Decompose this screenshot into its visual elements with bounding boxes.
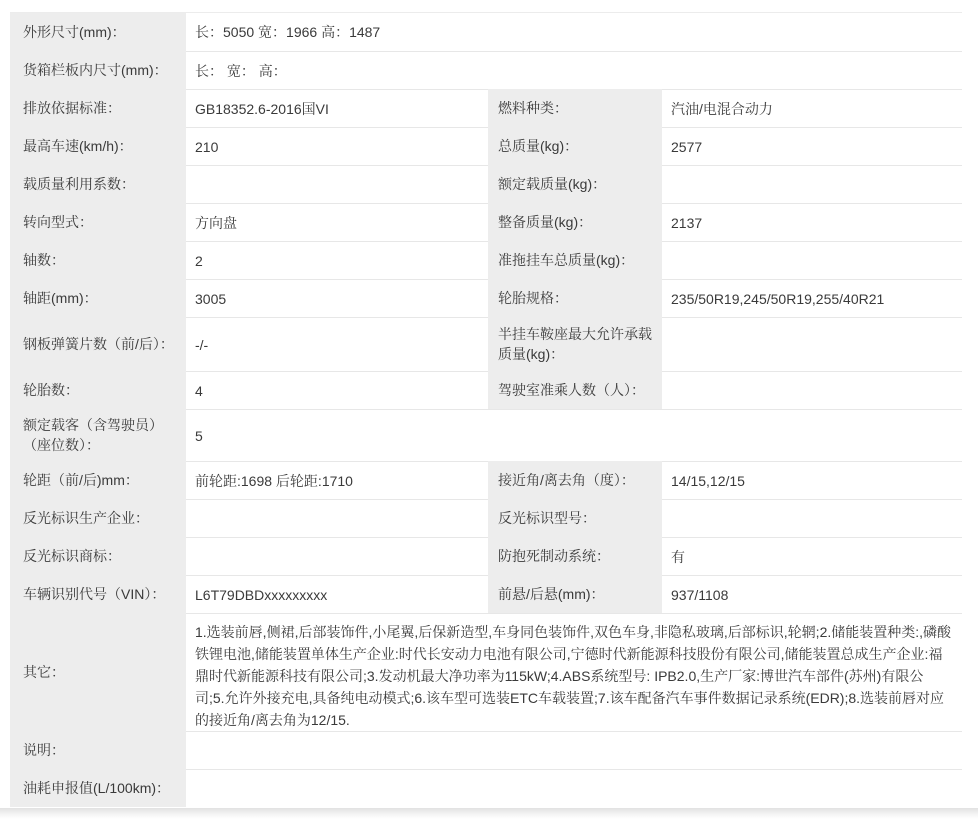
spec-label: 反光标识商标： [10, 537, 186, 575]
spec-label: 防抱死制动系统： [488, 537, 662, 575]
spec-label: 轴距(mm)： [10, 279, 186, 317]
spec-value [186, 165, 488, 203]
bottom-shadow [0, 808, 978, 819]
spec-label: 最高车速(km/h)： [10, 127, 186, 165]
spec-label: 整备质量(kg)： [488, 203, 662, 241]
spec-value: 1.选装前唇,侧裙,后部装饰件,小尾翼,后保新造型,车身同色装饰件,双色车身,非… [186, 613, 962, 731]
spec-row-load-factor: 载质量利用系数： 额定载质量(kg)： [10, 165, 961, 203]
spec-row-vin-overhang: 车辆识别代号（VIN）： L6T79DBDxxxxxxxxx 前悬/后悬(mm)… [10, 575, 961, 613]
spec-label: 轴数： [10, 241, 186, 279]
spec-row-emission-fuel: 排放依据标准： GB18352.6-2016国VI 燃料种类： 汽油/电混合动力 [10, 89, 961, 127]
spec-row-other: 其它： 1.选装前唇,侧裙,后部装饰件,小尾翼,后保新造型,车身同色装饰件,双色… [10, 613, 961, 731]
spec-value: 长： 宽： 高： [186, 51, 962, 89]
spec-row-dimensions: 外形尺寸(mm)： 长：5050 宽：1966 高：1487 [10, 13, 961, 51]
spec-value: GB18352.6-2016国VI [186, 89, 488, 127]
spec-label: 载质量利用系数： [10, 165, 186, 203]
spec-value: L6T79DBDxxxxxxxxx [186, 575, 488, 613]
spec-value [186, 769, 962, 807]
spec-row-seating: 额定载客（含驾驶员）（座位数）： 5 [10, 409, 961, 461]
spec-label: 燃料种类： [488, 89, 662, 127]
spec-label: 车辆识别代号（VIN）： [10, 575, 186, 613]
spec-value: 2 [186, 241, 488, 279]
spec-label: 其它： [10, 613, 186, 731]
spec-row-notes: 说明： [10, 731, 961, 769]
spec-row-cargo-box: 货箱栏板内尺寸(mm)： 长： 宽： 高： [10, 51, 961, 89]
spec-label: 接近角/离去角（度）： [488, 461, 662, 499]
spec-value [662, 317, 962, 371]
spec-label: 油耗申报值(L/100km)： [10, 769, 186, 807]
spec-label: 前悬/后悬(mm)： [488, 575, 662, 613]
spec-value: -/- [186, 317, 488, 371]
spec-label: 反光标识生产企业： [10, 499, 186, 537]
spec-label: 轮距（前/后)mm： [10, 461, 186, 499]
spec-value: 有 [662, 537, 962, 575]
spec-value: 235/50R19,245/50R19,255/40R21 [662, 279, 962, 317]
spec-label: 轮胎数： [10, 371, 186, 409]
spec-label: 外形尺寸(mm)： [10, 13, 186, 51]
spec-value [662, 165, 962, 203]
spec-value: 2577 [662, 127, 962, 165]
spec-label: 反光标识型号： [488, 499, 662, 537]
spec-label: 半挂车鞍座最大允许承载质量(kg)： [488, 317, 662, 371]
spec-value [662, 499, 962, 537]
vehicle-spec-sheet: 外形尺寸(mm)： 长：5050 宽：1966 高：1487 货箱栏板内尺寸(m… [0, 0, 978, 820]
spec-label: 准拖挂车总质量(kg)： [488, 241, 662, 279]
spec-row-reflector-brand-abs: 反光标识商标： 防抱死制动系统： 有 [10, 537, 961, 575]
spec-label: 排放依据标准： [10, 89, 186, 127]
spec-value: 4 [186, 371, 488, 409]
spec-row-fuel-consumption: 油耗申报值(L/100km)： [10, 769, 961, 807]
spec-value: 937/1108 [662, 575, 962, 613]
spec-label: 轮胎规格： [488, 279, 662, 317]
spec-label: 驾驶室准乘人数（人）： [488, 371, 662, 409]
spec-value: 3005 [186, 279, 488, 317]
spec-value: 前轮距:1698 后轮距:1710 [186, 461, 488, 499]
spec-value: 长：5050 宽：1966 高：1487 [186, 13, 962, 51]
spec-row-track-angles: 轮距（前/后)mm： 前轮距:1698 后轮距:1710 接近角/离去角（度）：… [10, 461, 961, 499]
spec-label: 钢板弹簧片数（前/后）： [10, 317, 186, 371]
spec-row-wheelbase-tires: 轴距(mm)： 3005 轮胎规格： 235/50R19,245/50R19,2… [10, 279, 961, 317]
spec-row-reflector-maker-model: 反光标识生产企业： 反光标识型号： [10, 499, 961, 537]
spec-row-axles-trailer: 轴数： 2 准拖挂车总质量(kg)： [10, 241, 961, 279]
spec-value: 5 [186, 409, 962, 461]
spec-label: 说明： [10, 731, 186, 769]
spec-value: 2137 [662, 203, 962, 241]
spec-value [186, 731, 962, 769]
spec-label: 额定载客（含驾驶员）（座位数）： [10, 409, 186, 461]
spec-table: 外形尺寸(mm)： 长：5050 宽：1966 高：1487 货箱栏板内尺寸(m… [10, 12, 962, 807]
spec-value: 汽油/电混合动力 [662, 89, 962, 127]
spec-value [662, 371, 962, 409]
spec-label: 货箱栏板内尺寸(mm)： [10, 51, 186, 89]
spec-value: 方向盘 [186, 203, 488, 241]
spec-label: 额定载质量(kg)： [488, 165, 662, 203]
spec-value [186, 537, 488, 575]
spec-row-springs-saddle: 钢板弹簧片数（前/后）： -/- 半挂车鞍座最大允许承载质量(kg)： [10, 317, 961, 371]
spec-row-steering-curb: 转向型式： 方向盘 整备质量(kg)： 2137 [10, 203, 961, 241]
spec-row-speed-mass: 最高车速(km/h)： 210 总质量(kg)： 2577 [10, 127, 961, 165]
spec-value: 210 [186, 127, 488, 165]
spec-value: 14/15,12/15 [662, 461, 962, 499]
spec-value [662, 241, 962, 279]
spec-label: 总质量(kg)： [488, 127, 662, 165]
spec-value [186, 499, 488, 537]
spec-label: 转向型式： [10, 203, 186, 241]
spec-row-tirecount-cabseats: 轮胎数： 4 驾驶室准乘人数（人）： [10, 371, 961, 409]
